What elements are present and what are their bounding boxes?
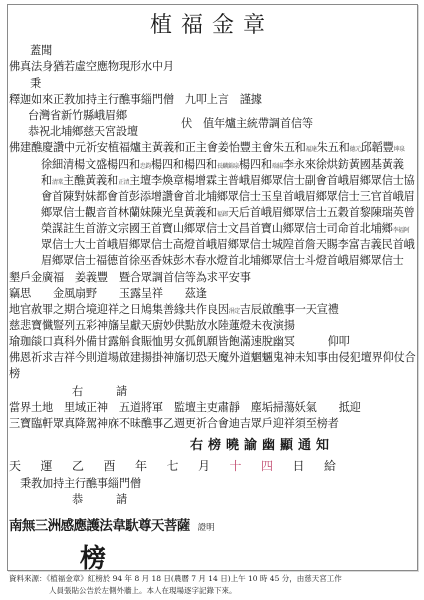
text-segment: 天后首峨眉鄉眾信士五穀首黎陳瑞英曾	[228, 206, 415, 219]
text-line: 墾戶金廣福 姜義豐 暨合眾調首信等為求平安事	[9, 271, 251, 285]
date-char: 乙	[72, 459, 104, 473]
text-line: 恭祝北埔鄉慈天宮設壇	[28, 125, 138, 139]
text-line: 會首陳對妹都會首彭添增讚會首北埔鄉眾信士玉皇首峨眉鄉眾信士三官首峨眉	[41, 190, 415, 204]
date-char: 給	[324, 459, 356, 473]
notice-heading: 右榜曉諭幽顯通知	[190, 434, 334, 453]
annotation: 長麟錦泉	[217, 163, 239, 170]
document-title: 植福金章	[0, 8, 424, 39]
text-line: 佛恩祈求吉祥今則道場啟建揚掛神旛切恐天魔外道魍魎鬼神未知事由侵犯壇界仰仗合	[9, 351, 416, 365]
text-segment: 鄉眾信士觀音首林蘭妹陳光皇黃義和	[41, 206, 217, 219]
date-char: 運	[41, 459, 73, 473]
text-line: 榜	[9, 367, 20, 381]
text-segment: 楊四和楊四和	[151, 158, 217, 171]
text-segment: 榮謀註生首游文宗國王首寶山鄉眾信士文昌首寶山鄉眾信士司命首北埔鄉	[41, 222, 393, 235]
date-line: 天運乙酉年七月十四日給	[9, 459, 356, 473]
annotation: 福郎	[217, 211, 228, 218]
text-line: 眉鄉眾信士福德首徐巫香妹彭木春水燈首北埔鄉眾信士斗燈首峨眉鄉眾信士	[41, 254, 404, 268]
text-line: 瑜珈燄口真科外備甘露斛食賑恤男女孤飢願皆飽滿速脫幽冥 仰叩	[9, 335, 350, 349]
text-line: 佛建醮慶讚中元祈安植福爐主黃義和正主會姜怡豐主會朱五和福達朱五和德元邱韜豐坤泉	[9, 141, 405, 157]
text-line: 竊思 金風扇野 玉露呈祥 茲逢	[9, 287, 207, 301]
bodhisattva-line: 南無三洲感應護法韋馱尊天菩薩證明	[9, 514, 215, 534]
date-char-highlight: 十	[230, 459, 262, 473]
annotation: 福達	[306, 146, 317, 153]
text-line: 秉	[30, 77, 41, 91]
text-segment: 佛建醮慶讚中元祈安植福爐主黃義和正主會姜怡豐主會朱五和	[9, 141, 306, 154]
certify-label: 證明	[198, 523, 215, 533]
text-line: 伏 值年爐主統帶調首信等	[181, 117, 313, 131]
annotation: 李福阿	[393, 227, 410, 234]
text-segment: 邱韜豐	[361, 141, 394, 154]
annotation: 清棠	[52, 179, 63, 186]
annotation: 正清	[118, 179, 129, 186]
text-segment: 楊四和	[239, 158, 272, 171]
text-segment: 地官赦罪之期合境迎祥之日鳩集善緣共作良因	[9, 303, 229, 316]
annotation: 瑞揚	[272, 163, 283, 170]
text-line: 釋迦如來正教加持主行醮事緇門僧 九叩上言 謹據	[9, 93, 262, 107]
text-line: 蓋聞	[30, 44, 52, 58]
annotation: 坤泉	[394, 146, 405, 153]
date-char: 七	[167, 459, 199, 473]
text-line: 佛真法身猶若虛空應物現形水中月	[9, 60, 174, 74]
respect-line: 恭 請	[72, 493, 127, 507]
text-segment: 主壇李煥章楊增霖主普峨眉鄉眾信士副會首峨眉鄉眾信士協	[129, 174, 415, 187]
text-segment: 主醮黃義和	[63, 174, 118, 187]
text-line: 當界土地 里域正神 五道將軍 監壇主吏肅靜 塵垢掃蕩妖氣 抵迎	[9, 401, 361, 415]
text-segment: 徐細清楊文盛楊四和	[41, 158, 140, 171]
footnote-line: 資料來源：《植福金章》紅榜於 94 年 8 月 18 日(農曆 7 月 14 日…	[9, 573, 342, 584]
annotation: 忠鈞	[140, 163, 151, 170]
bang-char: 榜	[80, 538, 106, 575]
annotation: 德元	[350, 146, 361, 153]
text-line: 台灣省新竹縣峨眉鄉	[28, 109, 127, 123]
text-segment: 吉辰啟醮事一天宣禮	[240, 303, 339, 316]
text-line: 徐細清楊文盛楊四和忠鈞楊四和楊四和長麟錦泉楊四和瑞揚李永來徐烘鈁黃國基黃義	[41, 158, 404, 174]
text-line: 和清棠主醮黃義和正清主壇李煥章楊增霖主普峨眉鄉眾信士副會首峨眉鄉眾信士協	[41, 174, 415, 190]
text-segment: 朱五和	[317, 141, 350, 154]
date-char: 月	[198, 459, 230, 473]
annotation: 涓定	[229, 308, 240, 315]
date-char: 酉	[104, 459, 136, 473]
text-line: 榮謀註生首游文宗國王首寶山鄉眾信士文昌首寶山鄉眾信士司命首北埔鄉李福阿	[41, 222, 409, 238]
date-char: 年	[135, 459, 167, 473]
text-line: 右 請	[72, 385, 127, 399]
footnote-line: 人員張貼公告於左側外牆上。本人在現場逐字記錄下來。	[49, 585, 237, 596]
text-line: 慈悲寶懺豎列五彩神旛呈獻天廚妙供點放水陸蓮燈未夜演揚	[9, 319, 295, 333]
text-line: 鄉眾信士觀音首林蘭妹陳光皇黃義和福郎天后首峨眉鄉眾信士五穀首黎陳瑞英曾	[41, 206, 415, 222]
text-line: 眾信士大士首峨眉鄉眾信士高燈首峨眉鄉眾信士城隍首詹天賜李富吉義民首峨	[41, 238, 415, 252]
date-char: 天	[9, 459, 41, 473]
date-char: 日	[293, 459, 325, 473]
text-segment: 和	[41, 174, 52, 187]
text-segment: 李永來徐烘鈁黃國基黃義	[283, 158, 404, 171]
text-line: 三寶臨軒眾真降駕神庥不昧醮事乙週更祈合會迪吉眾戶迎祥須至榜者	[9, 417, 339, 431]
monk-line: 秉教加持主行醮事緇門僧	[20, 477, 141, 491]
text-line: 地官赦罪之期合境迎祥之日鳩集善緣共作良因涓定吉辰啟醮事一天宣禮	[9, 303, 339, 319]
date-char-highlight: 四	[261, 459, 293, 473]
bodhisattva-name: 南無三洲感應護法韋馱尊天菩薩	[9, 518, 190, 534]
